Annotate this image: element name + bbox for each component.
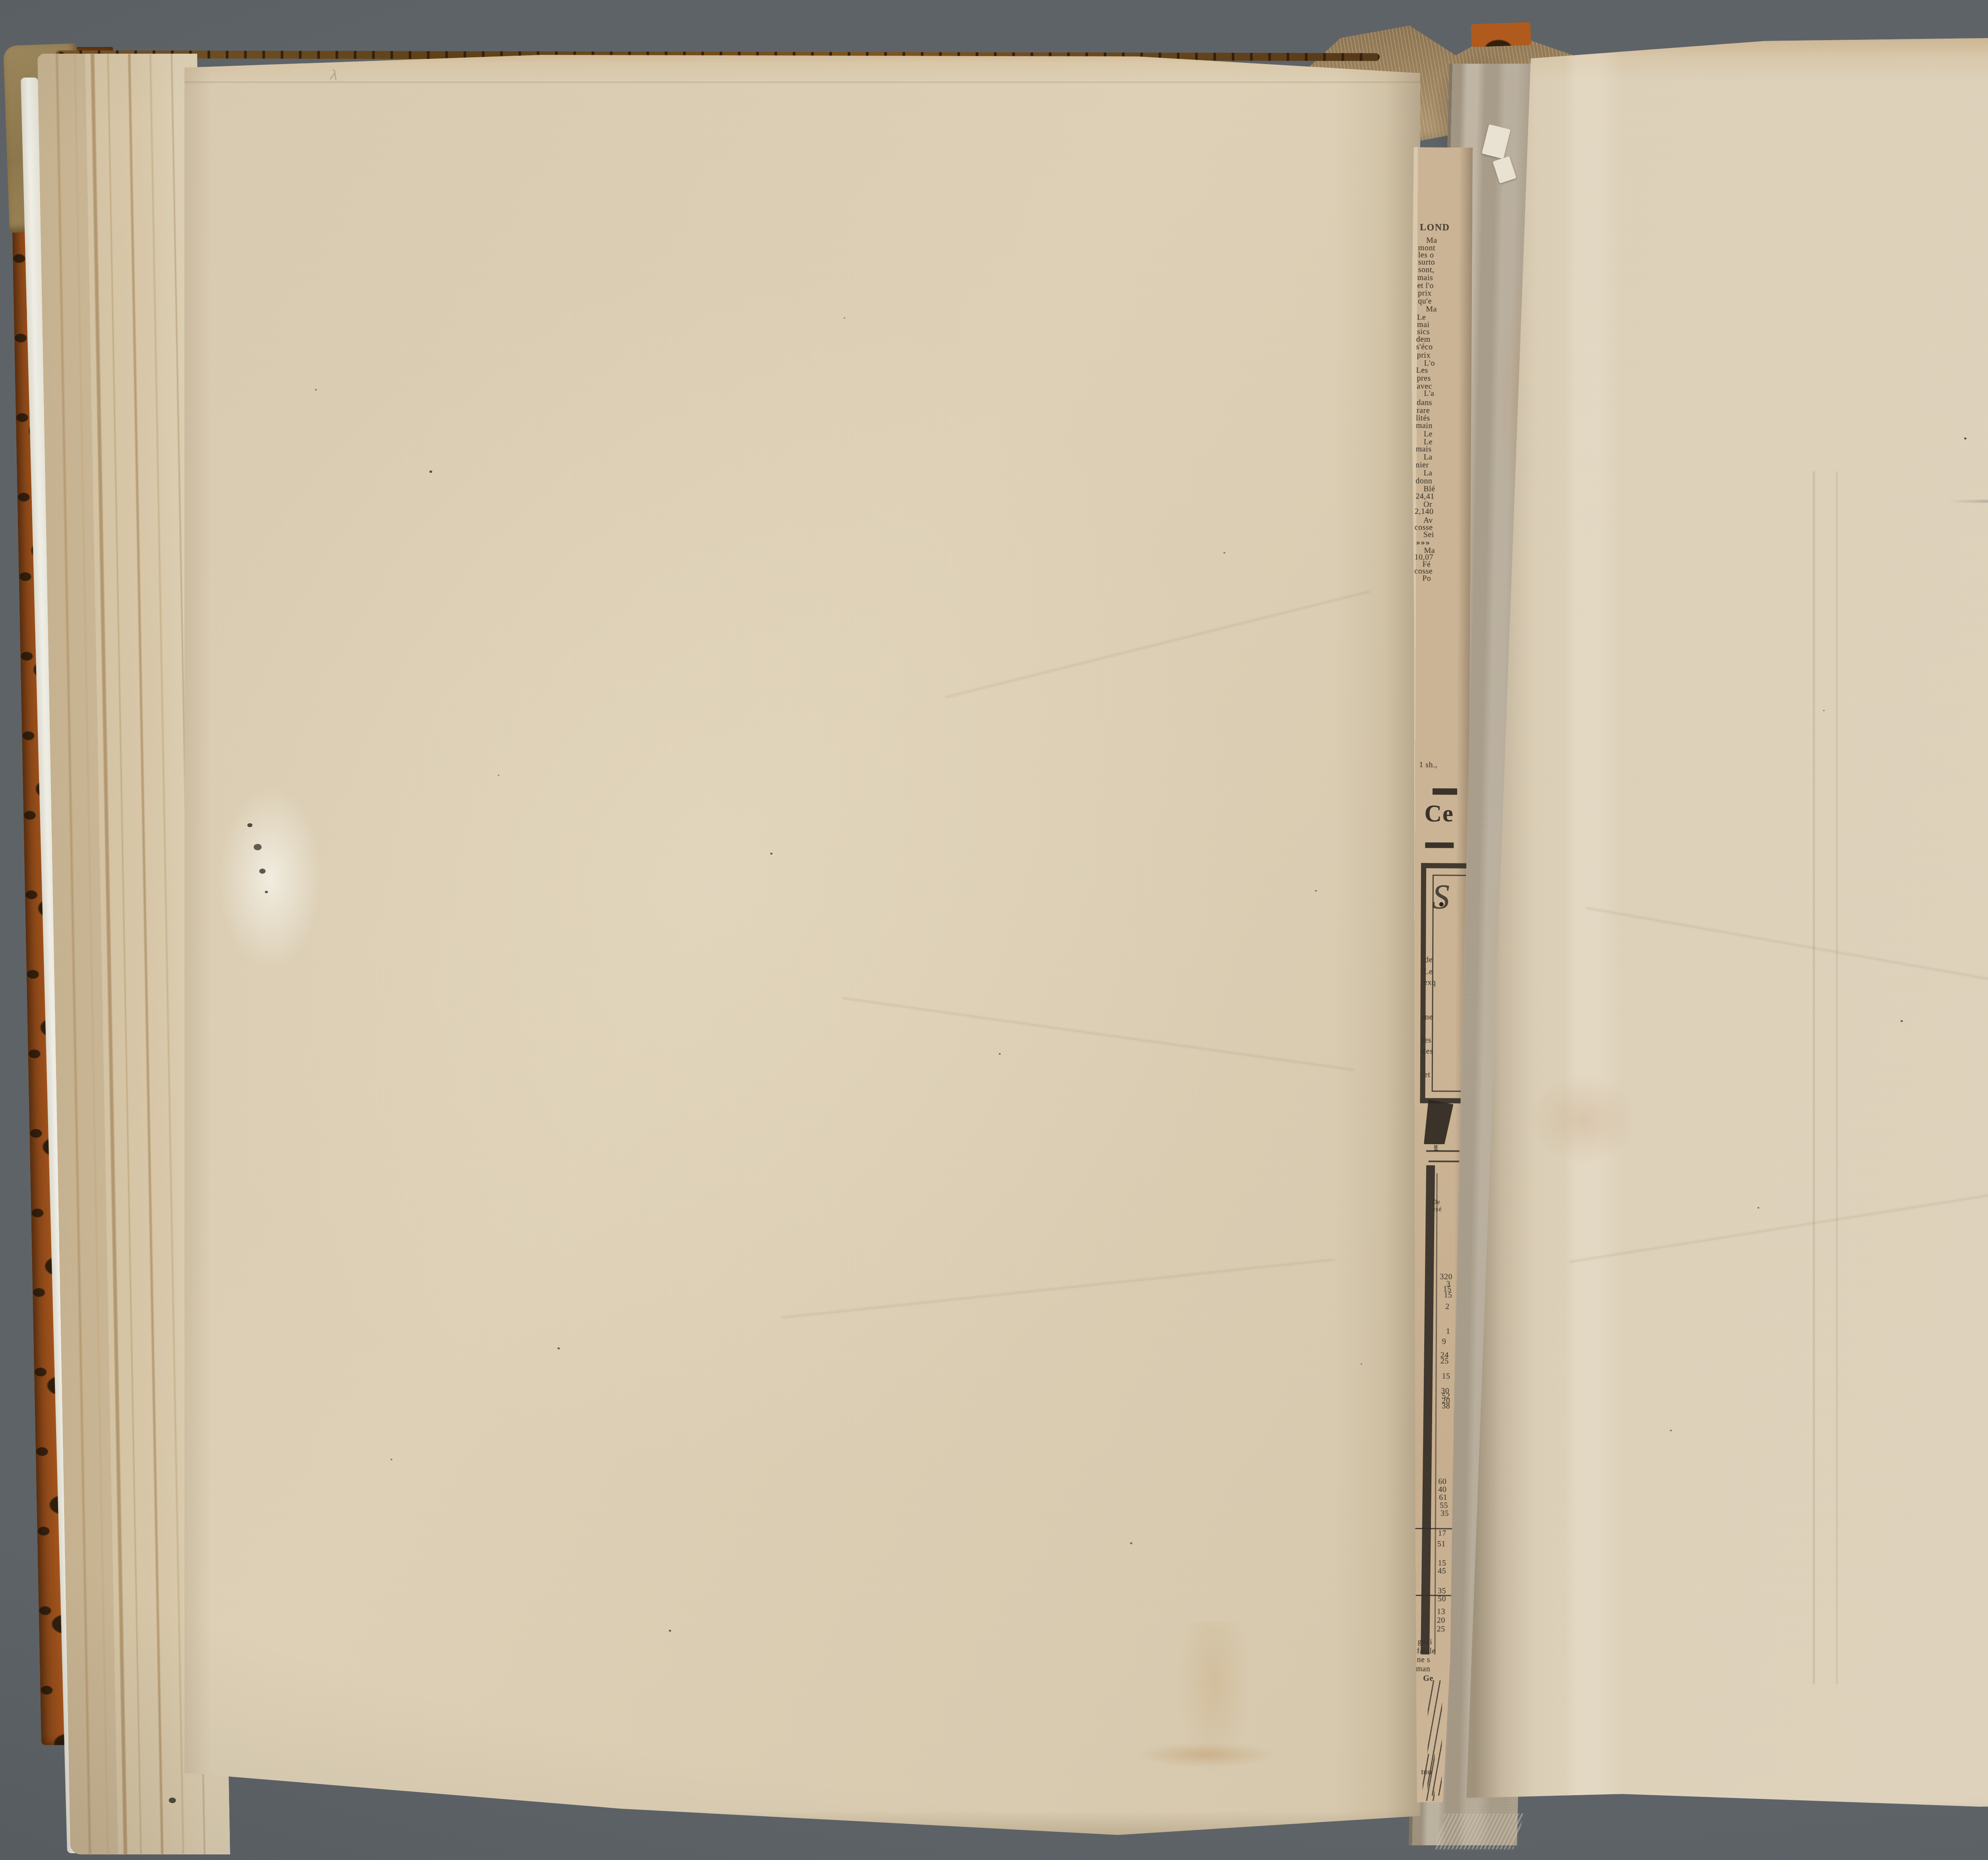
newspaper-fragment: 2,140 [1415,507,1434,515]
newspaper-fragment: Ce [1425,801,1454,825]
newspaper-fragment: 50 [1438,1595,1446,1603]
paper-repair-patch [219,787,322,970]
newspaper-fragment: 1 sh., [1419,761,1437,769]
newspaper-fragment: 17 [1438,1529,1446,1537]
newspaper-fragment: 15 [1438,1559,1446,1567]
newspaper-fragment: des [1422,1047,1433,1055]
newspaper-fragment: Int [1433,1142,1440,1151]
newspaper-fragment: Les [1416,366,1428,374]
newspaper-fragment: Le [1424,968,1433,976]
newspaper-fragment: 15 [1444,1291,1452,1299]
newspaper-fragment: 35 [1438,1587,1446,1595]
newspaper-fragment: main [1416,422,1433,430]
foxing-speck [1901,1020,1903,1022]
page-crease [1569,1193,1988,1263]
newspaper-fragment: mais [1416,445,1432,453]
newspaper-fragment: man [1416,1665,1430,1673]
printed-rule [1411,1528,1459,1530]
newspaper-fragment: 24,41 [1415,492,1435,500]
page-stack-stain-line [149,54,184,1854]
masthead-rule [1433,788,1457,795]
foxing-speck [265,891,268,893]
newspaper-fragment: 13 [1437,1607,1445,1615]
foxing-speck [557,1347,560,1349]
foxing-speck [315,389,317,391]
newspaper-fragment: nier [1415,461,1429,469]
printed-rule [1411,1595,1458,1596]
newspaper-fragment: L'a [1424,389,1434,397]
left-blank-page: λ [184,47,1421,1839]
newspaper-fragment: 9 [1442,1337,1446,1345]
foxing-speck [999,1053,1001,1055]
graphite-smudge [1948,500,1988,503]
foxing-speck [1964,437,1967,439]
foxing-speck [770,853,773,855]
page-crease [945,591,1370,698]
right-blank-page [1463,34,1988,1825]
newspaper-fragment: 25 [1441,1357,1449,1365]
foxing-speck [669,1630,671,1632]
tick-marks-column [1423,1754,1435,1801]
page-stack-stain-line [107,54,142,1854]
newspaper-fragment: les [1422,1036,1431,1044]
newspaper-fragment: 60 [1438,1477,1446,1485]
printed-rule [1426,1150,1463,1152]
newspaper-fragment: De [1432,1199,1440,1205]
foxing-speck [1223,552,1225,554]
masthead-rule [1425,842,1454,848]
foxing-speck [1130,1542,1132,1544]
newspaper-fragment: 20 [1437,1616,1445,1624]
newspaper-fragment: 40 [1438,1485,1446,1493]
foxing-speck [844,317,845,319]
newspaper-fragment: mais [1417,274,1433,282]
newspaper-fragment: 25 [1437,1625,1445,1633]
newspaper-fragment: sont, [1418,266,1435,274]
foxing-speck [259,869,266,874]
foxing-speck [247,823,252,827]
newspaper-fragment: 2 [1445,1302,1450,1310]
newspaper-fragment: 51 [1437,1540,1446,1548]
spine-marbled-sliver [1471,22,1531,47]
newspaper-fragment: Sei [1423,531,1434,538]
photographed-open-book-scan: { "scene": { "background_color": "#5e636… [0,0,1988,1860]
newspaper-fragment: pres [1417,374,1431,382]
page-crease [842,997,1354,1071]
newspaper-fragment: donn [1415,477,1432,485]
newspaper-fragment: Ge [1423,1674,1433,1682]
newspaper-fragment: 15 [1442,1372,1450,1380]
newspaper-fragment: qu'e [1418,297,1432,305]
newspaper-fragment: dans [1417,398,1432,406]
newspaper-fragment: 61 [1439,1493,1447,1501]
newspaper-fragment: gnai [1418,1638,1433,1646]
newspaper-fragment: de [1425,956,1433,964]
ink-mark [169,1798,176,1803]
page-stack-stain-line [74,54,109,1854]
newspaper-fragment: et [1424,1071,1431,1079]
newspaper-fragment: »»» [1416,538,1431,546]
newspaper-fragment: Ma [1426,305,1437,313]
newspaper-fragment: s'éco [1416,343,1433,351]
page-stack-stain-line [91,54,127,1854]
newspaper-fragment: tou [1421,1768,1432,1776]
newspaper-fragment: 55 [1440,1501,1448,1509]
newspaper-fragment: La [1423,469,1432,477]
printed-column-bar [1421,1165,1435,1654]
page-crease [1813,471,1815,1684]
cloth-frayed-bottom [1433,1813,1524,1849]
newspaper-fragment: Le [1424,430,1433,438]
foxing-speck [1361,1363,1362,1364]
newspaper-fragment: me [1423,1013,1433,1021]
printed-column-line [1434,1173,1437,1654]
gutter-stain [1531,1076,1634,1163]
newspaper-fragment: fatale [1417,1647,1435,1655]
page-crease [1836,471,1838,1684]
newspaper-fragment: Po [1422,574,1431,582]
printed-wedge-shape [1424,1100,1453,1144]
page-crease [1586,907,1988,991]
newspaper-fragment: exé [1432,1206,1442,1213]
page-stack-stain-line [128,54,163,1854]
foxing-speck [1757,1207,1759,1209]
newspaper-fragment: 45 [1438,1567,1446,1575]
foxing-speck [254,844,262,850]
newspaper-fragment: 38 [1442,1402,1450,1410]
foxing-speck [390,1459,392,1460]
foxing-speck [1823,710,1825,711]
newspaper-fragment: La [1424,453,1433,461]
newspaper-fragment: 1 [1446,1327,1450,1335]
foxing-speck [1315,890,1317,892]
foxing-speck [1670,1430,1672,1431]
newspaper-fragment: LOND [1420,223,1450,232]
pencil-mark: λ [328,67,340,84]
newspaper-fragment: exq [1424,978,1436,986]
foxing-speck [498,775,499,776]
newspaper-fragment: prix [1418,289,1431,297]
foxing-speck [429,470,432,473]
newspaper-fragment: 35 [1441,1509,1449,1517]
page-crease [782,1259,1336,1318]
newspaper-fragment: S [1432,880,1450,915]
printed-rule [1429,1160,1463,1162]
water-stain [1122,1622,1289,1773]
newspaper-fragment: ne s [1417,1656,1430,1664]
newspaper-fragment: prix [1417,351,1431,359]
